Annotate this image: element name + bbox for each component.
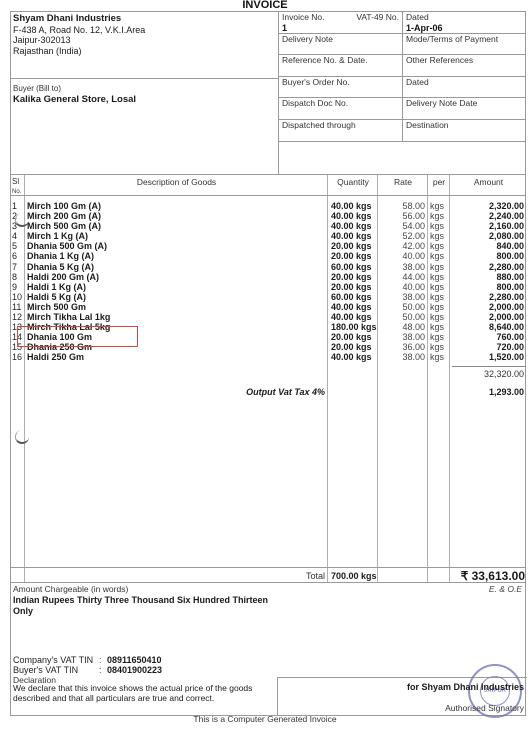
row-amount: 2,000.00 bbox=[450, 302, 524, 312]
declaration-text: We declare that this invoice shows the a… bbox=[13, 684, 275, 703]
eoe-note: E. & O.E bbox=[489, 584, 522, 594]
invoice-header: Shyam Dhani Industries F-438 A, Road No.… bbox=[11, 12, 525, 175]
row-amount: 880.00 bbox=[450, 272, 524, 282]
row-quantity: 40.00 kgs bbox=[331, 312, 372, 322]
row-per: kgs bbox=[430, 292, 444, 302]
table-row: 3Mirch 500 Gm (A)40.00 kgs54.00kgs2,160.… bbox=[11, 221, 525, 231]
buyer-vat-value: 08401900223 bbox=[107, 666, 162, 676]
row-quantity: 40.00 kgs bbox=[331, 231, 372, 241]
row-quantity: 40.00 kgs bbox=[331, 201, 372, 211]
seller-address-line: Jaipur-302013 bbox=[13, 35, 276, 46]
signatory-for: for Shyam Dhani Industries bbox=[407, 682, 524, 692]
items-table: SlNo. Description of Goods Quantity Rate… bbox=[11, 175, 525, 568]
punch-hole-mark bbox=[15, 213, 29, 227]
buyer-block: Buyer (Bill to) Kalika General Store, Lo… bbox=[11, 79, 279, 175]
row-amount: 1,520.00 bbox=[450, 352, 524, 362]
row-quantity: 60.00 kgs bbox=[331, 262, 372, 272]
row-per: kgs bbox=[430, 241, 444, 251]
row-quantity: 20.00 kgs bbox=[331, 251, 372, 261]
terms-of-delivery-blank bbox=[279, 142, 525, 175]
total-row: Total 700.00 kgs ₹ 33,613.00 bbox=[11, 568, 525, 583]
row-rate: 44.00 bbox=[378, 272, 425, 282]
seller-name: Shyam Dhani Industries bbox=[13, 14, 276, 25]
header-description: Description of Goods bbox=[25, 177, 328, 187]
row-per: kgs bbox=[430, 332, 444, 342]
row-rate: 38.00 bbox=[378, 352, 425, 362]
row-sl: 8 bbox=[12, 272, 24, 282]
tax-label: Output Vat Tax 4% bbox=[25, 387, 325, 397]
invoice-frame: Shyam Dhani Industries F-438 A, Road No.… bbox=[10, 11, 526, 716]
row-quantity: 20.00 kgs bbox=[331, 272, 372, 282]
row-rate: 50.00 bbox=[378, 302, 425, 312]
row-quantity: 180.00 kgs bbox=[331, 322, 377, 332]
row-quantity: 20.00 kgs bbox=[331, 342, 372, 352]
signatory-box: JAIPUR for Shyam Dhani Industries Author… bbox=[277, 677, 527, 715]
other-references-label: Other References bbox=[403, 55, 525, 76]
row-amount: 720.00 bbox=[450, 342, 524, 352]
row-amount: 2,160.00 bbox=[450, 221, 524, 231]
table-row: 4Mirch 1 Kg (A)40.00 kgs52.00kgs2,080.00 bbox=[11, 231, 525, 241]
row-amount: 760.00 bbox=[450, 332, 524, 342]
row-rate: 50.00 bbox=[378, 312, 425, 322]
table-row: 2Mirch 200 Gm (A)40.00 kgs56.00kgs2,240.… bbox=[11, 211, 525, 221]
invoice-footer: Amount Chargeable (in words) E. & O.E In… bbox=[11, 583, 525, 715]
row-amount: 800.00 bbox=[450, 282, 524, 292]
delivery-note-label: Delivery Note bbox=[279, 34, 403, 55]
table-row: 8Haldi 200 Gm (A)20.00 kgs44.00kgs880.00 bbox=[11, 272, 525, 282]
row-rate: 38.00 bbox=[378, 292, 425, 302]
row-rate: 38.00 bbox=[378, 332, 425, 342]
table-row: 16Haldi 250 Gm40.00 kgs38.00kgs1,520.00 bbox=[11, 352, 525, 362]
dated-cell: Dated 1-Apr-06 bbox=[403, 12, 525, 33]
seller-address-line: Rajasthan (India) bbox=[13, 46, 276, 57]
invoice-no-value: 1 bbox=[282, 24, 399, 33]
invoice-meta: Invoice No.VAT-49 No. 1 Dated 1-Apr-06 D… bbox=[279, 12, 525, 175]
amount-words-label: Amount Chargeable (in words) bbox=[13, 584, 128, 594]
header-quantity: Quantity bbox=[328, 177, 378, 187]
row-quantity: 20.00 kgs bbox=[331, 282, 372, 292]
row-per: kgs bbox=[430, 352, 444, 362]
computer-generated-note: This is a Computer Generated Invoice bbox=[0, 714, 530, 724]
dispatched-through-label: Dispatched through bbox=[279, 120, 403, 141]
buyer-name: Kalika General Store, Losal bbox=[13, 94, 276, 106]
row-amount: 800.00 bbox=[450, 251, 524, 261]
signatory-label: Authorised Signatory bbox=[445, 703, 524, 713]
row-rate: 56.00 bbox=[378, 211, 425, 221]
row-per: kgs bbox=[430, 272, 444, 282]
row-amount: 2,280.00 bbox=[450, 292, 524, 302]
header-per: per bbox=[428, 177, 450, 187]
row-per: kgs bbox=[430, 322, 444, 332]
order-dated-label: Dated bbox=[403, 77, 525, 98]
subtotal-amount: 32,320.00 bbox=[450, 369, 524, 379]
table-row: 5Dhania 500 Gm (A)20.00 kgs42.00kgs840.0… bbox=[11, 241, 525, 251]
row-quantity: 40.00 kgs bbox=[331, 352, 372, 362]
row-rate: 42.00 bbox=[378, 241, 425, 251]
dispatch-doc-label: Dispatch Doc No. bbox=[279, 98, 403, 119]
total-amount: ₹ 33,613.00 bbox=[450, 569, 525, 583]
invoice-no-label: Invoice No. bbox=[282, 13, 325, 22]
mode-terms-label: Mode/Terms of Payment bbox=[403, 34, 525, 55]
header-rate: Rate bbox=[378, 177, 428, 187]
row-sl: 6 bbox=[12, 251, 24, 261]
row-quantity: 20.00 kgs bbox=[331, 241, 372, 251]
row-rate: 40.00 bbox=[378, 251, 425, 261]
buyers-order-label: Buyer's Order No. bbox=[279, 77, 403, 98]
row-description: Dhania 1 Kg (A) bbox=[27, 251, 94, 261]
row-quantity: 40.00 kgs bbox=[331, 211, 372, 221]
row-rate: 58.00 bbox=[378, 201, 425, 211]
row-quantity: 20.00 kgs bbox=[331, 332, 372, 342]
row-sl: 10 bbox=[12, 292, 24, 302]
table-header: SlNo. Description of Goods Quantity Rate… bbox=[11, 175, 525, 196]
row-sl: 12 bbox=[12, 312, 24, 322]
destination-label: Destination bbox=[403, 120, 525, 141]
reference-label: Reference No. & Date. bbox=[279, 55, 403, 76]
total-label: Total bbox=[25, 571, 325, 581]
row-per: kgs bbox=[430, 231, 444, 241]
row-per: kgs bbox=[430, 282, 444, 292]
table-row: 12Mirch Tikha Lal 1kg40.00 kgs50.00kgs2,… bbox=[11, 312, 525, 322]
delivery-note-date-label: Delivery Note Date bbox=[403, 98, 525, 119]
row-rate: 40.00 bbox=[378, 282, 425, 292]
row-rate: 36.00 bbox=[378, 342, 425, 352]
row-description: Mirch 500 Gm bbox=[27, 302, 86, 312]
row-amount: 2,320.00 bbox=[450, 201, 524, 211]
buyer-vat-label: Buyer's VAT TIN bbox=[13, 666, 99, 676]
row-description: Dhania 500 Gm (A) bbox=[27, 241, 107, 251]
amount-in-words: Indian Rupees Thirty Three Thousand Six … bbox=[13, 595, 273, 616]
row-description: Mirch 200 Gm (A) bbox=[27, 211, 101, 221]
row-rate: 52.00 bbox=[378, 231, 425, 241]
row-amount: 8,640.00 bbox=[450, 322, 524, 332]
row-per: kgs bbox=[430, 211, 444, 221]
table-row: 10Haldi 5 Kg (A)60.00 kgs38.00kgs2,280.0… bbox=[11, 292, 525, 302]
row-amount: 2,280.00 bbox=[450, 262, 524, 272]
row-description: Dhania 5 Kg (A) bbox=[27, 262, 94, 272]
tax-amount: 1,293.00 bbox=[450, 387, 524, 397]
seller-address-line: F-438 A, Road No. 12, V.K.I.Area bbox=[13, 25, 276, 36]
invoice-no-cell: Invoice No.VAT-49 No. 1 bbox=[279, 12, 403, 33]
row-per: kgs bbox=[430, 201, 444, 211]
row-rate: 38.00 bbox=[378, 262, 425, 272]
table-row: 1Mirch 100 Gm (A)40.00 kgs58.00kgs2,320.… bbox=[11, 201, 525, 211]
row-description: Haldi 5 Kg (A) bbox=[27, 292, 86, 302]
row-sl: 1 bbox=[12, 201, 24, 211]
row-amount: 2,000.00 bbox=[450, 312, 524, 322]
row-amount: 2,240.00 bbox=[450, 211, 524, 221]
row-sl: 5 bbox=[12, 241, 24, 251]
row-rate: 54.00 bbox=[378, 221, 425, 231]
dated-label: Dated bbox=[406, 13, 522, 22]
total-quantity: 700.00 kgs bbox=[331, 571, 377, 581]
row-sl: 7 bbox=[12, 262, 24, 272]
row-description: Mirch 100 Gm (A) bbox=[27, 201, 101, 211]
table-row: 11Mirch 500 Gm40.00 kgs50.00kgs2,000.00 bbox=[11, 302, 525, 312]
row-description: Haldi 200 Gm (A) bbox=[27, 272, 99, 282]
table-row: 6Dhania 1 Kg (A)20.00 kgs40.00kgs800.00 bbox=[11, 251, 525, 261]
seller-block: Shyam Dhani Industries F-438 A, Road No.… bbox=[11, 12, 279, 79]
invoice-no-suffix: VAT-49 No. bbox=[356, 13, 399, 22]
table-row: 7Dhania 5 Kg (A)60.00 kgs38.00kgs2,280.0… bbox=[11, 262, 525, 272]
row-per: kgs bbox=[430, 302, 444, 312]
row-description: Mirch 500 Gm (A) bbox=[27, 221, 101, 231]
punch-hole-mark bbox=[15, 430, 29, 444]
row-description: Mirch 1 Kg (A) bbox=[27, 231, 88, 241]
vat-tin-block: Company's VAT TIN:08911650410 Buyer's VA… bbox=[13, 656, 162, 675]
header-amount: Amount bbox=[450, 177, 527, 187]
row-rate: 48.00 bbox=[378, 322, 425, 332]
row-amount: 840.00 bbox=[450, 241, 524, 251]
dated-value: 1-Apr-06 bbox=[406, 24, 522, 33]
header-sl: SlNo. bbox=[12, 177, 21, 197]
row-sl: 9 bbox=[12, 282, 24, 292]
highlight-box bbox=[17, 326, 138, 347]
subtotal-rule bbox=[452, 366, 526, 367]
row-amount: 2,080.00 bbox=[450, 231, 524, 241]
row-per: kgs bbox=[430, 312, 444, 322]
row-quantity: 60.00 kgs bbox=[331, 292, 372, 302]
row-quantity: 40.00 kgs bbox=[331, 302, 372, 312]
row-per: kgs bbox=[430, 262, 444, 272]
buyer-label: Buyer (Bill to) bbox=[13, 83, 276, 94]
table-row: 9Haldi 1 Kg (A)20.00 kgs40.00kgs800.00 bbox=[11, 282, 525, 292]
row-per: kgs bbox=[430, 251, 444, 261]
row-sl: 16 bbox=[12, 352, 24, 362]
row-per: kgs bbox=[430, 342, 444, 352]
row-quantity: 40.00 kgs bbox=[331, 221, 372, 231]
row-per: kgs bbox=[430, 221, 444, 231]
row-sl: 11 bbox=[12, 302, 24, 312]
row-description: Haldi 250 Gm bbox=[27, 352, 84, 362]
row-description: Haldi 1 Kg (A) bbox=[27, 282, 86, 292]
row-sl: 4 bbox=[12, 231, 24, 241]
invoice-title: INVOICE bbox=[0, 0, 530, 11]
row-description: Mirch Tikha Lal 1kg bbox=[27, 312, 110, 322]
